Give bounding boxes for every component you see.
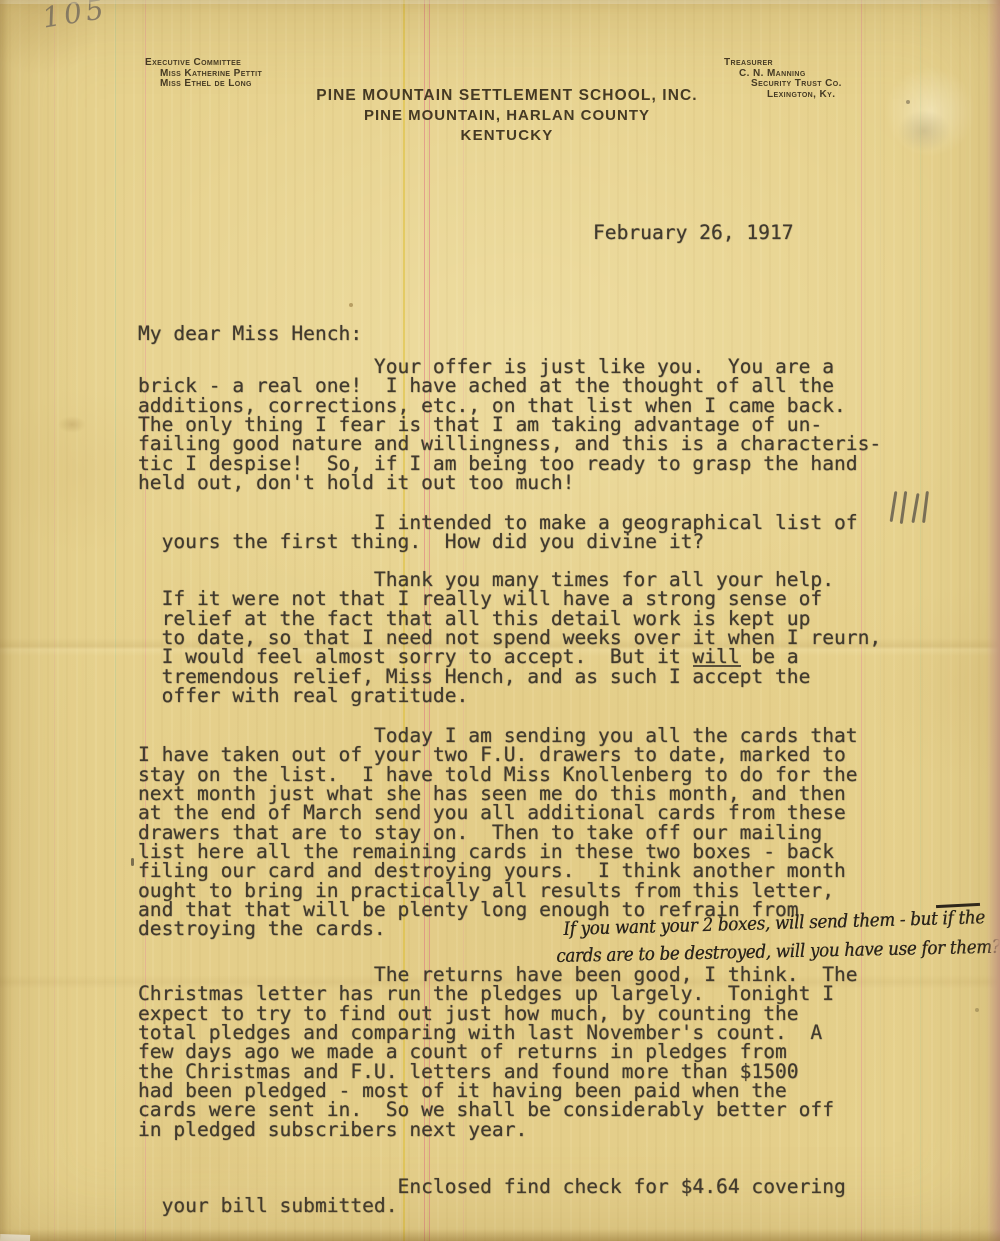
ink-speck	[131, 858, 134, 866]
scan-edge-bottom	[0, 1229, 1000, 1241]
scanned-letter-page: 105 Executive Committee Miss Katherine P…	[0, 0, 1000, 1241]
paper-speck	[349, 303, 353, 307]
letterhead-executive-committee: Executive Committee Miss Katherine Petti…	[145, 58, 262, 90]
vertical-rule	[54, 0, 55, 1241]
body-paragraph-2: I intended to make a geographical list o…	[138, 513, 858, 552]
body-paragraph-1: Your offer is just like you. You are a b…	[138, 357, 881, 492]
penciled-catalog-number: 105	[40, 0, 110, 35]
organization-name: PINE MOUNTAIN SETTLEMENT SCHOOL, INC.	[7, 86, 1000, 106]
executive-committee-title: Executive Committee	[145, 58, 262, 69]
salutation: My dear Miss Hench:	[138, 324, 362, 343]
tally-stroke	[911, 493, 919, 523]
typewriter-underline-will	[693, 665, 741, 667]
pencil-tally-marks	[892, 491, 936, 525]
tally-stroke	[922, 491, 928, 523]
letterhead-treasurer: Treasurer C. N. Manning Security Trust C…	[724, 58, 842, 100]
vertical-rule	[920, 0, 921, 1241]
body-paragraph-6: Enclosed find check for $4.64 covering y…	[138, 1177, 846, 1216]
organization-location: PINE MOUNTAIN, HARLAN COUNTY	[7, 106, 1000, 126]
body-paragraph-4: Today I am sending you all the cards tha…	[138, 726, 858, 939]
vertical-rule	[115, 0, 116, 1241]
tally-stroke	[890, 491, 897, 522]
tally-stroke	[900, 491, 907, 524]
scan-edge-right	[986, 0, 1000, 1241]
organization-state: KENTUCKY	[7, 126, 1000, 146]
scan-edge-top	[0, 0, 1000, 4]
paper-stain	[58, 416, 86, 433]
scan-edge-left	[0, 0, 9, 1241]
letterhead-organization: PINE MOUNTAIN SETTLEMENT SCHOOL, INC. PI…	[7, 86, 1000, 146]
body-paragraph-5: The returns have been good, I think. The…	[138, 965, 858, 1139]
paper-speck	[975, 1008, 979, 1012]
scan-corner-gap	[0, 1234, 30, 1241]
treasurer-city: Lexington, Ky.	[724, 90, 842, 101]
body-paragraph-3: Thank you many times for all your help. …	[138, 570, 881, 705]
date-line: February 26, 1917	[593, 223, 794, 242]
treasurer-title: Treasurer	[724, 58, 842, 69]
